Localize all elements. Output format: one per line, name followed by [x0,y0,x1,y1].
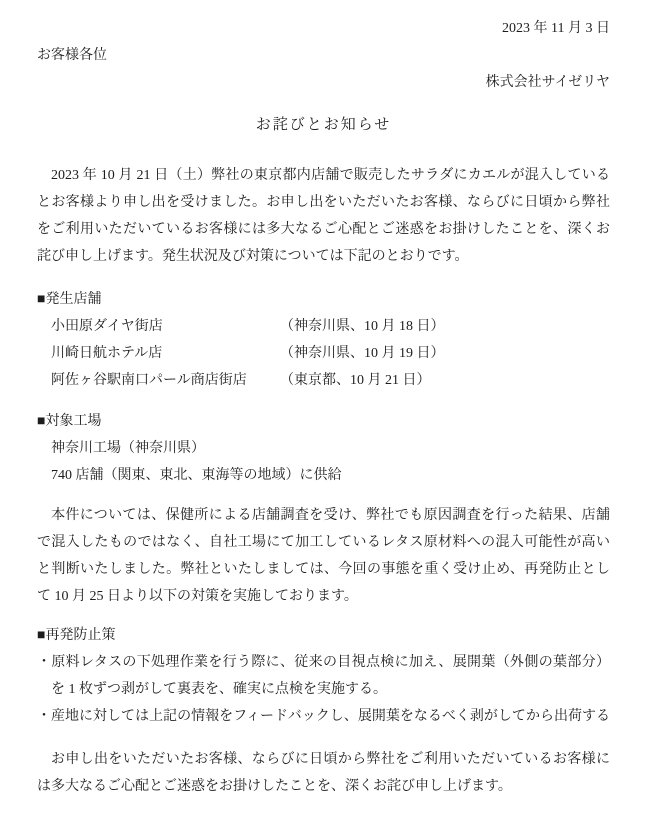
document-page: 2023 年 11 月 3 日 お客様各位 株式会社サイゼリヤ お詫びとお知らせ… [0,0,646,814]
store-note: （神奈川県、10 月 19 日） [280,346,445,361]
factory-line: 740 店舗（関東、東北、東海等の地域）に供給 [37,462,610,489]
factory-heading: ■対象工場 [37,408,610,435]
intro-paragraph: 2023 年 10 月 21 日（土）弊社の東京都内店舗で販売したサラダにカエル… [37,162,610,270]
store-name: 川崎日航ホテル店 [51,340,280,367]
cause-paragraph: 本件については、保健所による店舗調査を受け、弊社でも原因調査を行った結果、店舗で… [37,502,610,610]
prevention-section: ■再発防止策 ・原料レタスの下処理作業を行う際に、従来の目視点検に加え、展開葉（… [37,622,610,730]
store-note: （東京都、10 月 21 日） [280,373,431,388]
company-name: 株式会社サイゼリヤ [37,69,610,96]
store-name: 小田原ダイヤ街店 [51,313,280,340]
prevention-item: ・原料レタスの下処理作業を行う際に、従来の目視点検に加え、展開葉（外側の葉部分）… [37,649,610,703]
stores-section: ■発生店舗 小田原ダイヤ街店（神奈川県、10 月 18 日） 川崎日航ホテル店（… [37,286,610,394]
factory-line: 神奈川工場（神奈川県） [37,435,610,462]
closing-paragraph: お申し出をいただいたお客様、ならびに日頃から弊社をご利用いただいているお客様には… [37,746,610,800]
document-title: お詫びとお知らせ [37,112,610,139]
recipient-line: お客様各位 [37,42,610,69]
store-row: 小田原ダイヤ街店（神奈川県、10 月 18 日） [37,313,610,340]
store-name: 阿佐ヶ谷駅南口パール商店街店 [51,367,280,394]
store-row: 阿佐ヶ谷駅南口パール商店街店（東京都、10 月 21 日） [37,367,610,394]
store-note: （神奈川県、10 月 18 日） [280,319,445,334]
document-date: 2023 年 11 月 3 日 [37,15,610,42]
prevention-heading: ■再発防止策 [37,622,610,649]
prevention-item: ・産地に対しては上記の情報をフィードバックし、展開葉をなるべく剥がしてから出荷す… [37,703,610,730]
stores-heading: ■発生店舗 [37,286,610,313]
factory-section: ■対象工場 神奈川工場（神奈川県） 740 店舗（関東、東北、東海等の地域）に供… [37,408,610,489]
store-row: 川崎日航ホテル店（神奈川県、10 月 19 日） [37,340,610,367]
